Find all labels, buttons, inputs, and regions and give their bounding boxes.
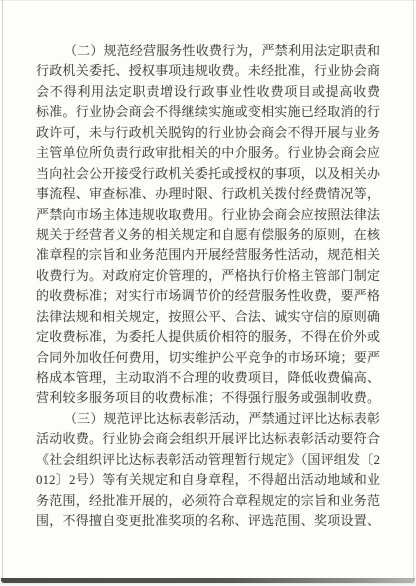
text-line: 政许可，未与行政机关脱钩的行业协会商会不得开展与业务 bbox=[36, 123, 380, 143]
text-line: （三）规范评比达标表彰活动，严禁通过评比达标表彰 bbox=[36, 409, 380, 429]
page-edge-top bbox=[0, 0, 416, 1]
text-line: 主管单位所负责行政审批相关的中介服务。行业协会商会应 bbox=[36, 143, 380, 163]
text-line: 务范围，经批准开展的，必须符合章程规定的宗旨和业务范 bbox=[36, 491, 380, 511]
text-line: 收费行为。对政府定价管理的，严格执行价格主管部门制定 bbox=[36, 266, 380, 286]
text-line: 012〕2号）等有关规定和自身章程，不得超出活动地域和业 bbox=[36, 470, 380, 490]
paragraph-2: （二）规范经营服务性收费行为，严禁利用法定职责和 行政机关委托、授权事项违规收费… bbox=[36, 41, 380, 409]
text-line: 格成本管理，主动取消不合理的收费项目，降低收费偏高、 bbox=[36, 368, 380, 388]
text-line: 定收费标准，为委托人提供质价相符的服务，不得在价外或 bbox=[36, 327, 380, 347]
text-line: 合同外加收任何费用，切实维护公平竞争的市场环境；要严 bbox=[36, 348, 380, 368]
page-edge-right bbox=[413, 0, 414, 578]
text-line: 事流程、审查标准、办理时限、行政机关拨付经费情况等， bbox=[36, 184, 380, 204]
text-line: 准章程的宗旨和业务范围内开展经营服务性活动，规范相关 bbox=[36, 245, 380, 265]
text-line: 当向社会公开接受行政机关委托或授权的事项，以及相关办 bbox=[36, 164, 380, 184]
page-edge-bottom bbox=[1, 578, 415, 583]
text-line: 《社会组织评比达标表彰活动管理暂行规定》（国评组发〔2 bbox=[36, 450, 380, 470]
text-line: 法律法规和相关规定，按照公平、合法、诚实守信的原则确 bbox=[36, 307, 380, 327]
text-line: 围，不得擅自变更批准奖项的名称、评选范围、奖项设置、 bbox=[36, 511, 380, 531]
text-line: 行政机关委托、授权事项违规收费。未经批准，行业协会商 bbox=[36, 61, 380, 81]
paragraph-3: （三）规范评比达标表彰活动，严禁通过评比达标表彰 活动收费。行业协会商会组织开展… bbox=[36, 409, 380, 532]
text-line: 营利较多服务项目的收费标准；不得强行服务或强制收费。 bbox=[36, 388, 380, 408]
text-line: 严禁向市场主体违规收取费用。行业协会商会应按照法律法 bbox=[36, 205, 380, 225]
text-line: 的收费标准；对实行市场调节价的经营服务性收费，要严格 bbox=[36, 286, 380, 306]
text-line: 会不得利用法定职责增设行政事业性收费项目或提高收费 bbox=[36, 82, 380, 102]
document-page: （二）规范经营服务性收费行为，严禁利用法定职责和 行政机关委托、授权事项违规收费… bbox=[0, 0, 416, 586]
text-line: （二）规范经营服务性收费行为，严禁利用法定职责和 bbox=[36, 41, 380, 61]
page-edge-left bbox=[2, 0, 3, 580]
document-body: （二）规范经营服务性收费行为，严禁利用法定职责和 行政机关委托、授权事项违规收费… bbox=[36, 41, 380, 532]
text-line: 活动收费。行业协会商会组织开展评比达标表彰活动要符合 bbox=[36, 429, 380, 449]
text-line: 标准。行业协会商会不得继续实施或变相实施已经取消的行 bbox=[36, 102, 380, 122]
text-line: 规关于经营者义务的相关规定和自愿有偿服务的原则，在核 bbox=[36, 225, 380, 245]
